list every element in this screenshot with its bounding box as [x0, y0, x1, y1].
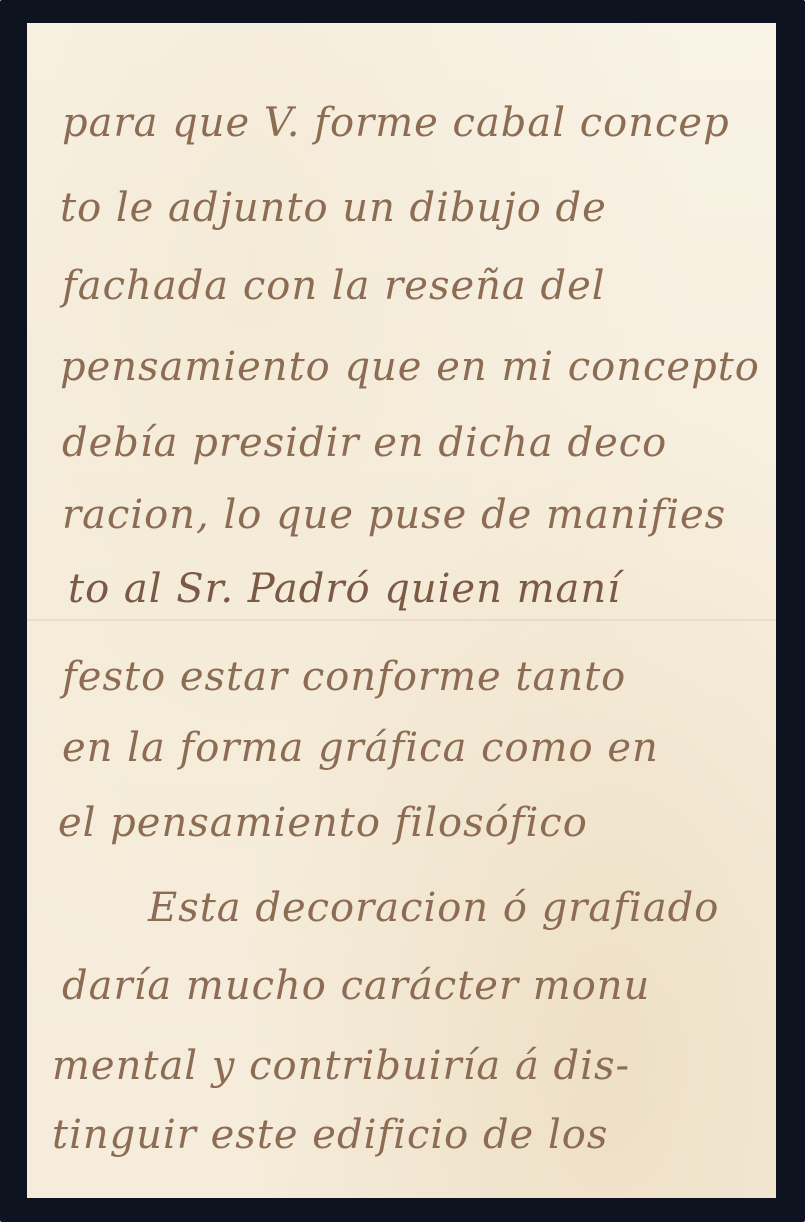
letter-line-12: daría mucho carácter monu — [62, 963, 650, 1009]
paper-fold-line — [27, 619, 776, 621]
mourning-border: para que V. forme cabal concep to le adj… — [0, 0, 805, 1222]
letter-line-7: to al Sr. Padró quien maní — [68, 566, 621, 612]
letter-line-2: to le adjunto un dibujo de — [60, 185, 607, 231]
letter-line-6: racion, lo que puse de manifies — [62, 492, 726, 538]
letter-line-10: el pensamiento filosófico — [58, 800, 588, 846]
letter-line-13: mental y contribuiría á dis- — [52, 1043, 630, 1089]
letter-line-1: para que V. forme cabal concep — [62, 100, 730, 146]
letter-line-8: festo estar conforme tanto — [62, 654, 626, 700]
letter-line-11: Esta decoracion ó grafiado — [148, 885, 719, 931]
letter-line-4: pensamiento que en mi concepto — [60, 344, 760, 390]
letter-line-14: tinguir este edificio de los — [52, 1112, 608, 1158]
letter-line-3: fachada con la reseña del — [62, 263, 606, 309]
letter-paper: para que V. forme cabal concep to le adj… — [27, 23, 776, 1198]
letter-line-9: en la forma gráfica como en — [62, 725, 659, 771]
letter-line-5: debía presidir en dicha deco — [62, 420, 667, 466]
